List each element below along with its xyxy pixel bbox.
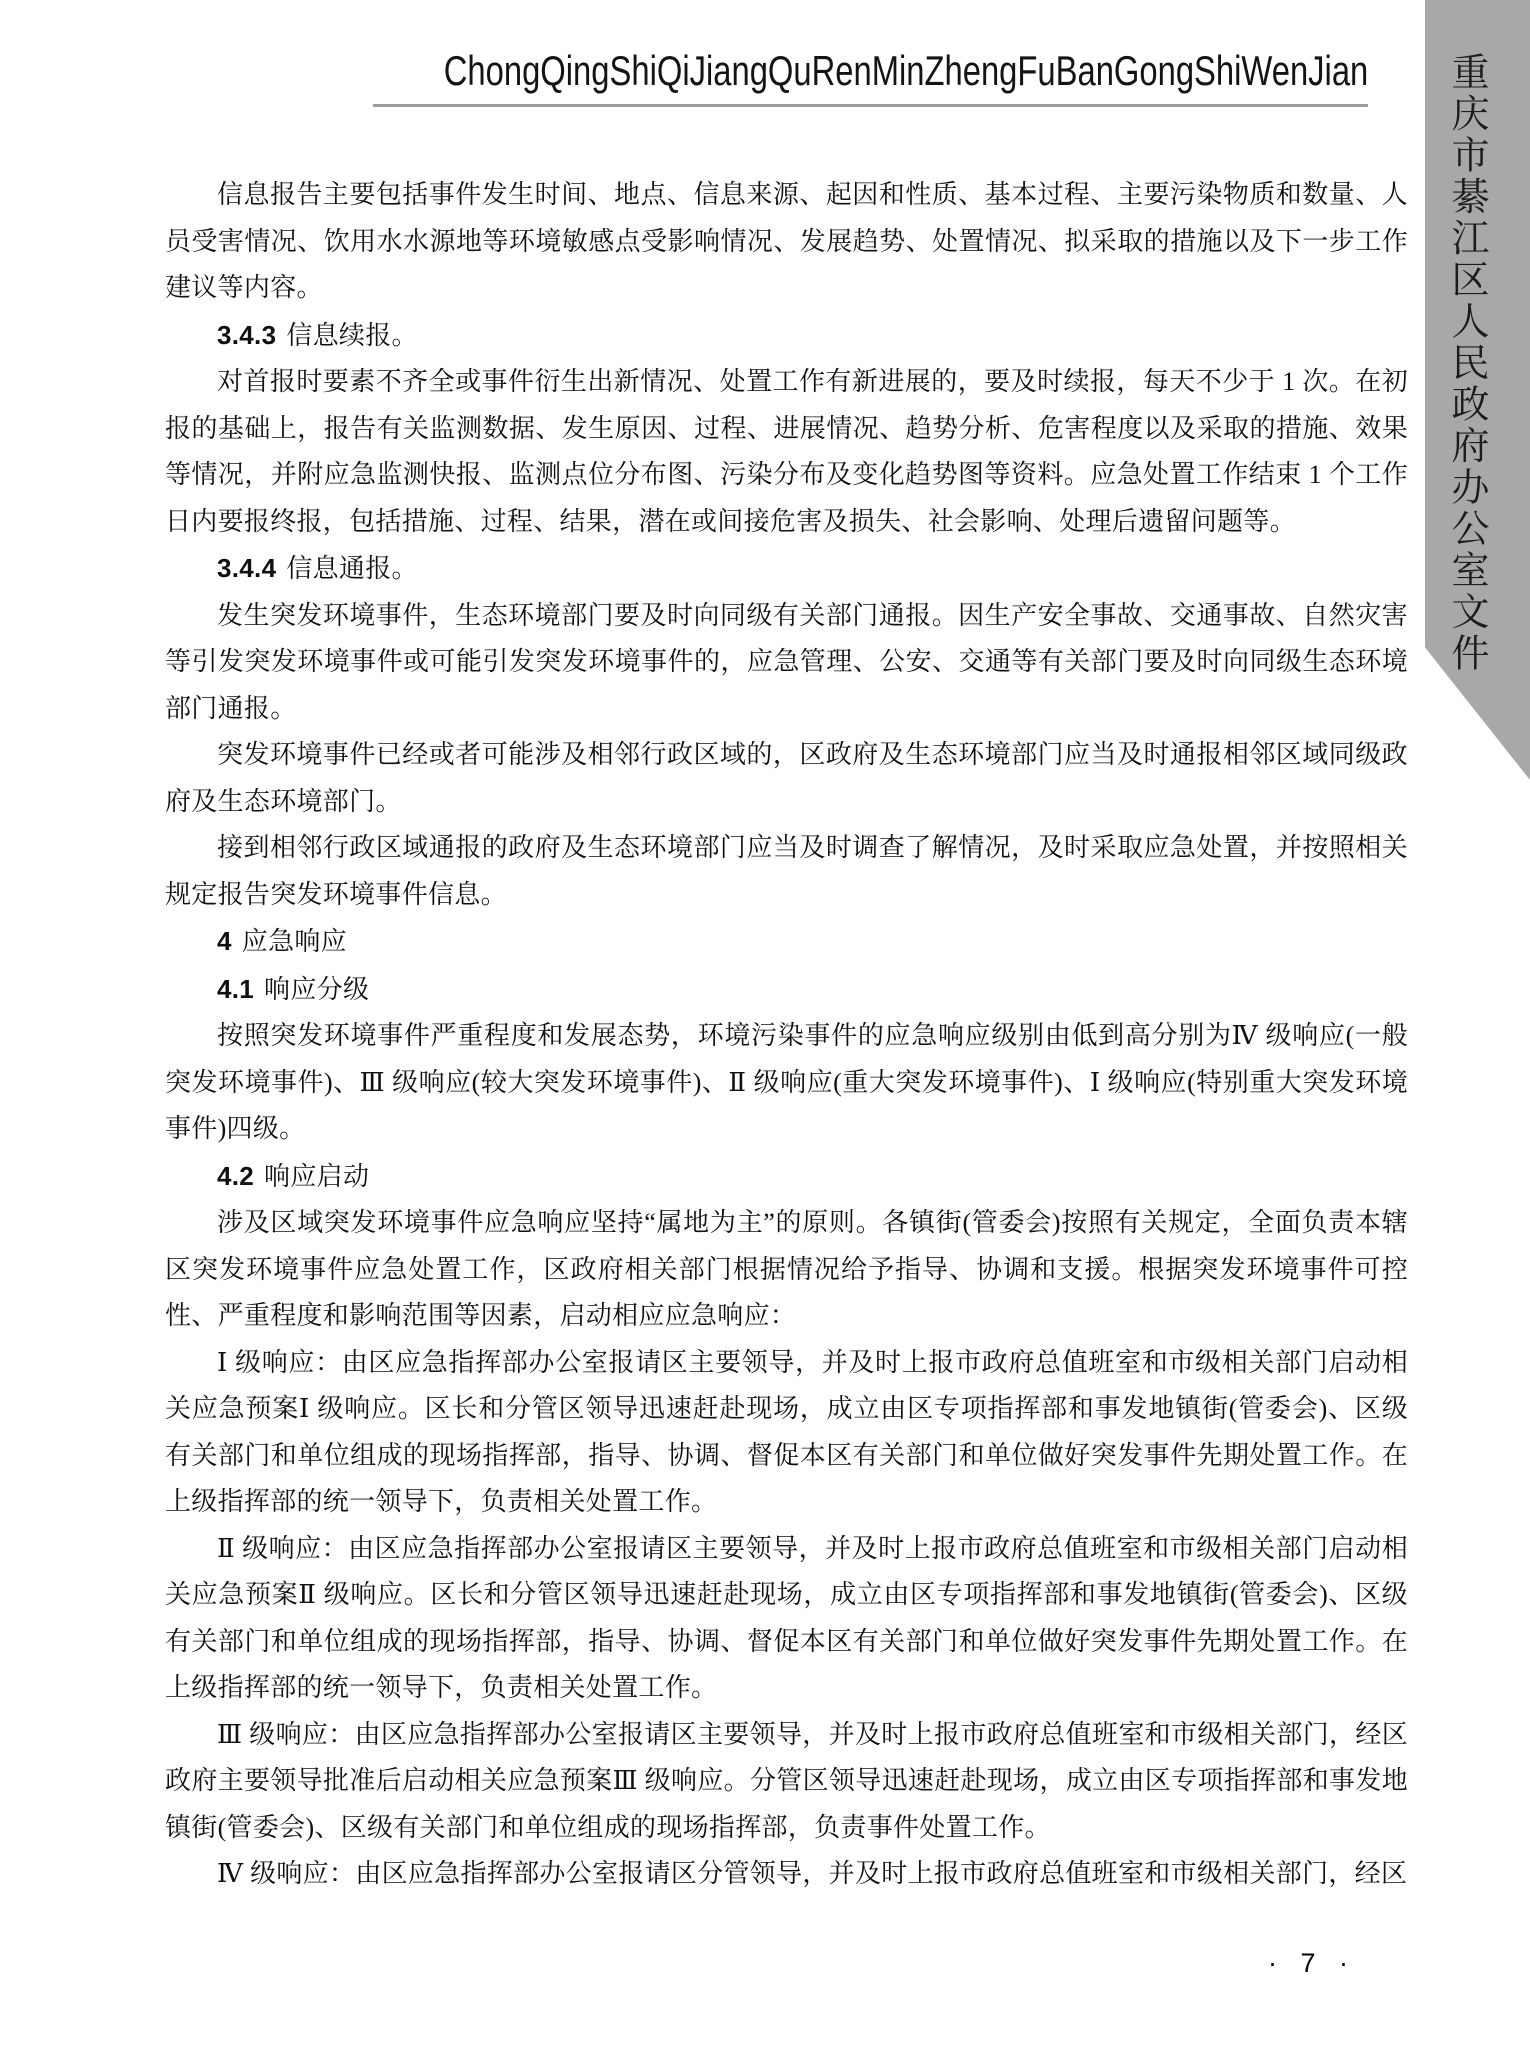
document-body: 信息报告主要包括事件发生时间、地点、信息来源、起因和性质、基本过程、主要污染物质… [165, 172, 1408, 1898]
paragraph: 信息报告主要包括事件发生时间、地点、信息来源、起因和性质、基本过程、主要污染物质… [165, 172, 1408, 312]
header-pinyin: ChongQingShiQiJiangQuRenMinZhengFuBanGon… [443, 48, 1368, 94]
section-heading: 3.4.4信息通报。 [165, 545, 1408, 593]
paragraph: Ⅳ 级响应：由区应急指挥部办公室报请区分管领导，并及时上报市政府总值班室和市级相… [165, 1851, 1408, 1898]
page-number: · 7 · [1268, 1948, 1356, 1979]
section-number: 4 [217, 926, 232, 956]
section-number: 3.4.4 [217, 553, 276, 583]
section-number: 4.2 [217, 1161, 254, 1191]
paragraph: 对首报时要素不齐全或事件衍生出新情况、处置工作有新进展的，要及时续报，每天不少于… [165, 359, 1408, 545]
paragraph: 涉及区域突发环境事件应急响应坚持“属地为主”的原则。各镇街(管委会)按照有关规定… [165, 1200, 1408, 1340]
section-heading: 4.2响应启动 [165, 1153, 1408, 1201]
paragraph: Ⅲ 级响应：由区应急指挥部办公室报请区主要领导，并及时上报市政府总值班室和市级相… [165, 1712, 1408, 1852]
section-title: 响应启动 [264, 1162, 369, 1191]
document-page: ChongQingShiQiJiangQuRenMinZhengFuBanGon… [0, 0, 1530, 2062]
paragraph: Ⅱ 级响应：由区应急指挥部办公室报请区主要领导，并及时上报市政府总值班室和市级相… [165, 1526, 1408, 1712]
section-title: 信息通报。 [286, 554, 418, 583]
paragraph: 接到相邻行政区域通报的政府及生态环境部门应当及时调查了解情况，及时采取应急处置，… [165, 825, 1408, 918]
paragraph: 发生突发环境事件，生态环境部门要及时向同级有关部门通报。因生产安全事故、交通事故… [165, 593, 1408, 733]
paragraph: 突发环境事件已经或者可能涉及相邻行政区域的，区政府及生态环境部门应当及时通报相邻… [165, 732, 1408, 825]
paragraph: Ⅰ 级响应：由区应急指挥部办公室报请区主要领导，并及时上报市政府总值班室和市级相… [165, 1340, 1408, 1526]
section-heading: 3.4.3信息续报。 [165, 312, 1408, 360]
section-title: 响应分级 [264, 975, 369, 1004]
section-number: 3.4.3 [217, 320, 276, 350]
section-heading: 4应急响应 [165, 918, 1408, 966]
section-heading: 4.1响应分级 [165, 966, 1408, 1014]
section-title: 应急响应 [242, 927, 347, 956]
paragraph: 按照突发环境事件严重程度和发展态势，环境污染事件的应急响应级别由低到高分别为Ⅳ … [165, 1013, 1408, 1153]
side-banner: 重庆市綦江区人民政府办公室文件 [1425, 0, 1530, 780]
side-banner-text: 重庆市綦江区人民政府办公室文件 [1413, 52, 1518, 675]
header-rule [373, 104, 1368, 107]
section-number: 4.1 [217, 974, 254, 1004]
section-title: 信息续报。 [286, 321, 418, 350]
